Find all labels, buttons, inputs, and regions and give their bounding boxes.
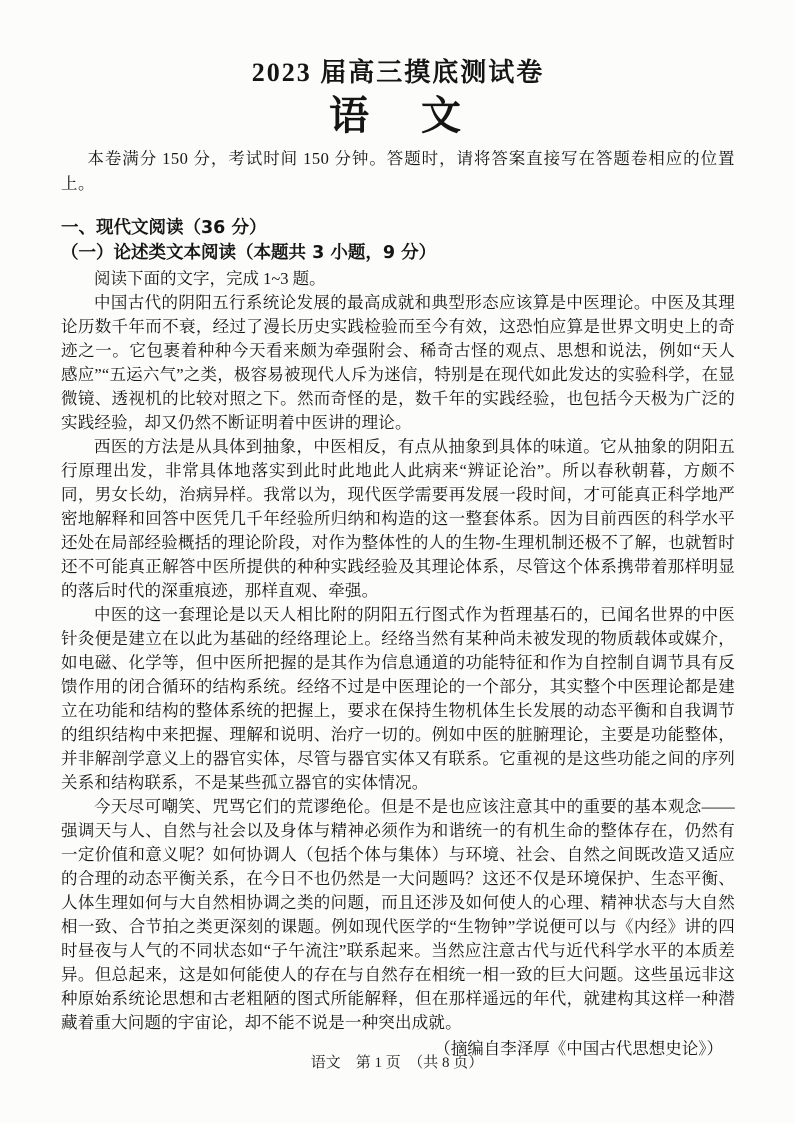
- passage-paragraph-2: 西医的方法是从具体到抽象，中医相反，有点从抽象到具体的味道。它从抽象的阴阳五行原…: [61, 435, 735, 603]
- exam-paper-page: 2023 届高三摸底测试卷 语 文 本卷满分 150 分，考试时间 150 分钟…: [0, 0, 794, 1123]
- passage-paragraph-4: 今天尽可嘲笑、咒骂它们的荒谬绝伦。但是不是也应该注意其中的重要的基本观念——强调…: [61, 795, 735, 1035]
- exam-title: 2023 届高三摸底测试卷: [61, 56, 735, 90]
- section-heading: 一、现代文阅读（36 分）: [61, 216, 735, 241]
- passage-paragraph-3: 中医的这一套理论是以天人相比附的阴阳五行图式作为哲理基石的，已闻名世界的中医针灸…: [61, 603, 735, 795]
- page-footer: 语文 第 1 页 （共 8 页）: [0, 1053, 794, 1073]
- subject-title: 语 文: [61, 92, 735, 140]
- subsection-heading: （一）论述类文本阅读（本题共 3 小题，9 分）: [61, 241, 735, 266]
- reading-instruction: 阅读下面的文字，完成 1~3 题。: [61, 266, 735, 291]
- passage-paragraph-1: 中国古代的阴阳五行系统论发展的最高成就和典型形态应该算是中医理论。中医及其理论历…: [61, 291, 735, 435]
- exam-instructions: 本卷满分 150 分，考试时间 150 分钟。答题时，请将答案直接写在答题卷相应…: [61, 146, 735, 196]
- reading-passage: 中国古代的阴阳五行系统论发展的最高成就和典型形态应该算是中医理论。中医及其理论历…: [61, 291, 735, 1035]
